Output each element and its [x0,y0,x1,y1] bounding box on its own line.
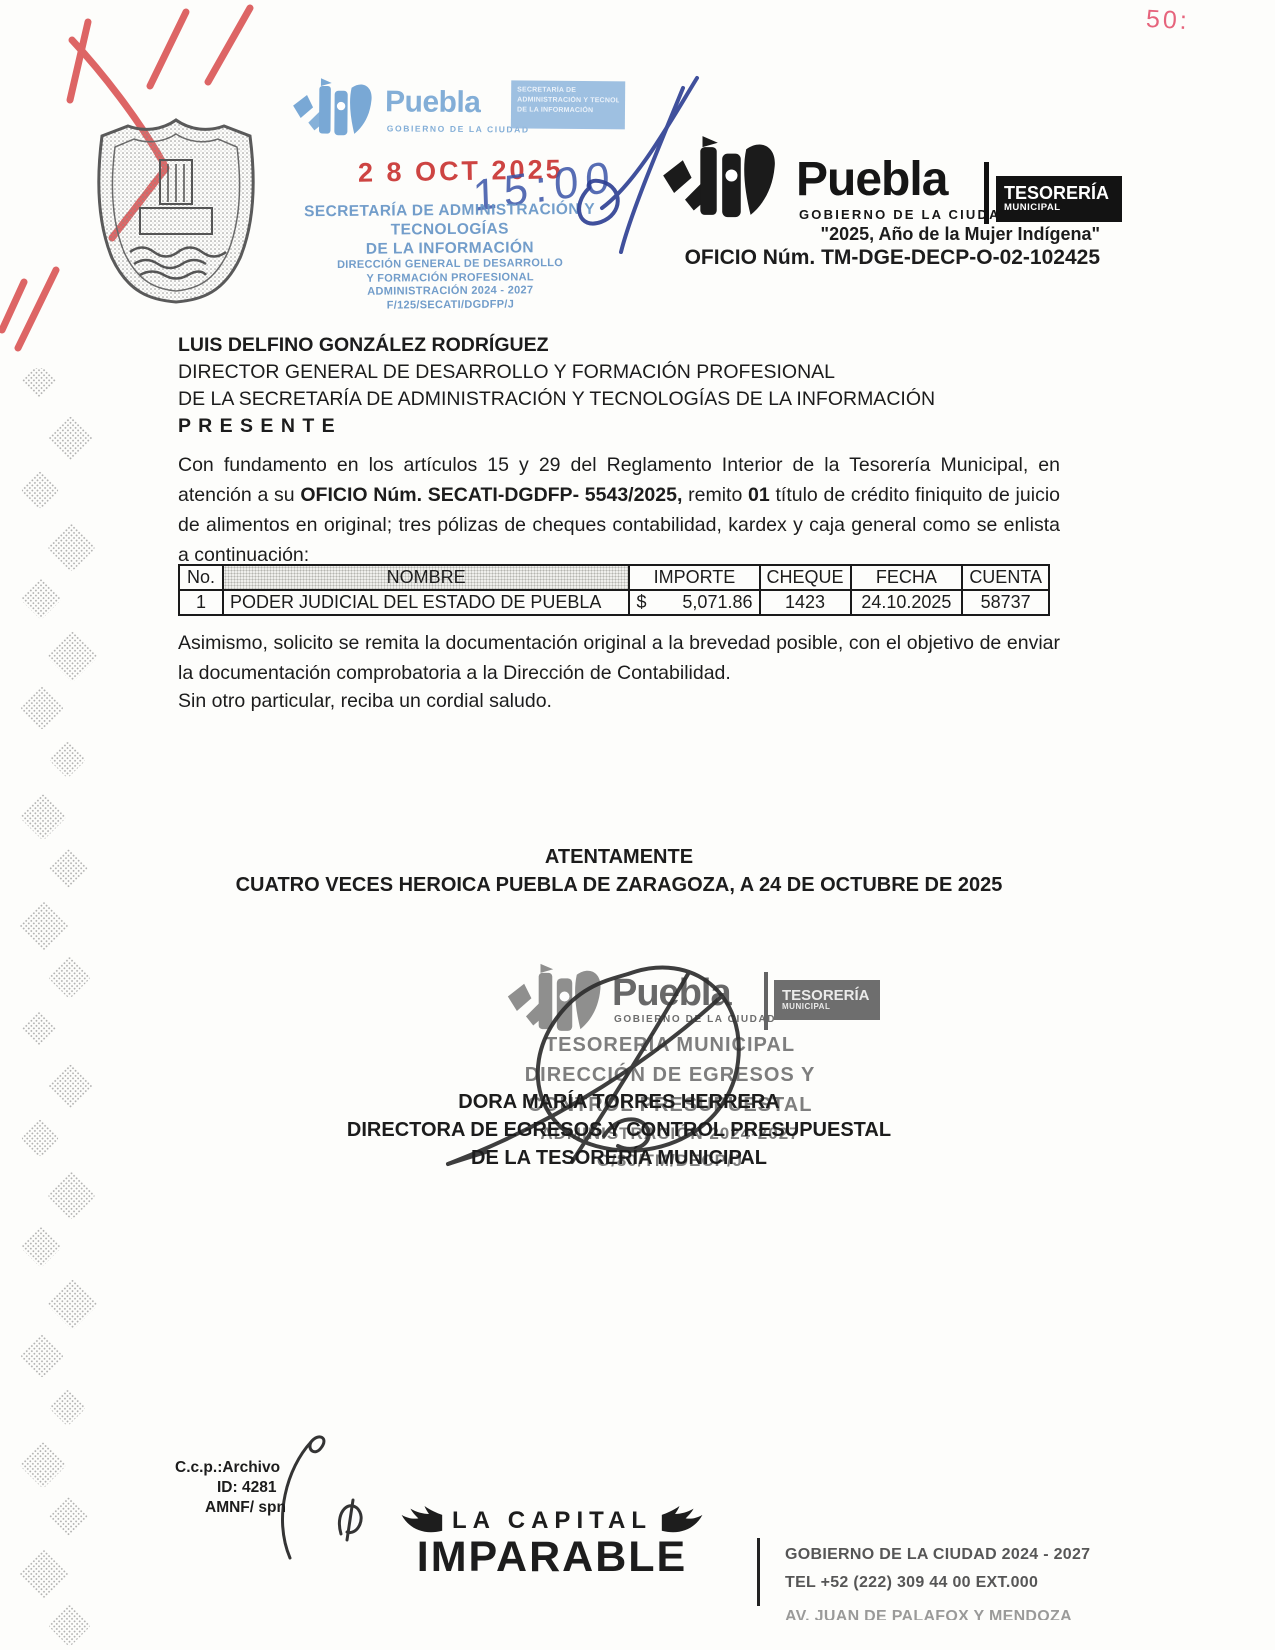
slogan-top: LA CAPITAL [452,1507,652,1535]
footer-line-3: AV. JUAN DE PALAFOX Y MENDOZA [785,1608,1205,1620]
edge-diamond [48,956,92,1000]
cell-fecha: 24.10.2025 [851,590,963,615]
recipient-presente: P R E S E N T E [178,413,935,440]
edge-diamond [47,523,96,572]
cell-importe: $5,071.86 [629,590,759,615]
edge-diamond [19,1441,67,1489]
oficio-ref: OFICIO Núm. SECATI-DGDFP- 5543/2025, [300,484,682,506]
edge-diamond [48,1604,92,1648]
paragraph-1: Con fundamento en los artículos 15 y 29 … [178,450,1060,570]
puebla-logo-icon [650,134,790,228]
city-seal-icon [82,112,270,308]
closing-place-date: CUATRO VECES HEROICA PUEBLA DE ZARAGOZA,… [178,874,1060,897]
footer-line-1: GOBIERNO DE LA CIUDAD 2024 - 2027 [785,1546,1090,1564]
motto-line: "2025, Año de la Mujer Indígena" [821,224,1100,245]
currency-symbol: $ [636,592,646,613]
wing-right-icon [660,1506,706,1536]
brand-wordmark: Puebla [385,87,481,118]
edge-diamond [47,1171,96,1220]
cell-cuenta: 58737 [962,590,1049,615]
left-edge-decoration [18,368,104,1650]
dept-label: TESORERÍA [1004,184,1114,203]
paragraph-2: Asimismo, solicito se remita la document… [178,628,1060,688]
puebla-logo-icon [285,76,382,143]
count-ref: 01 [748,484,770,506]
cell-no: 1 [179,590,223,615]
edge-diamond [46,1278,98,1330]
edge-diamond [19,1333,64,1378]
edge-diamond [19,1549,70,1600]
footer-line-2: TEL +52 (222) 309 44 00 EXT.000 [785,1574,1038,1592]
cell-nombre: PODER JUDICIAL DEL ESTADO DE PUEBLA [223,590,630,615]
signer-title-2: DE LA TESORERÍA MUNICIPAL [178,1144,1060,1172]
edge-diamond [21,368,58,399]
table-header-row: No. NOMBRE IMPORTE CHEQUE FECHA CUENTA [179,565,1049,590]
col-header-fecha: FECHA [851,565,963,590]
recipient-block: LUIS DELFINO GONZÁLEZ RODRÍGUEZ DIRECTOR… [178,332,935,440]
edge-diamond [20,1118,60,1158]
table-row: 1 PODER JUDICIAL DEL ESTADO DE PUEBLA $5… [179,590,1049,615]
paragraph-1-text: remito [682,484,748,506]
dept-sublabel: MUNICIPAL [1004,203,1114,213]
edge-diamond [19,793,67,841]
capital-logo: LA CAPITAL IMPARABLE [392,1506,712,1579]
edge-diamond [19,685,64,730]
signer-title-1: DIRECTORA DE EGRESOS Y CONTROL PRESUPUES… [178,1116,1060,1144]
wing-left-icon [398,1506,444,1536]
brand-wordmark: Puebla [796,156,947,204]
edge-diamond [48,1388,86,1426]
recipient-name: LUIS DELFINO GONZÁLEZ RODRÍGUEZ [178,332,935,359]
edge-diamond [19,901,70,952]
edge-diamond [46,630,98,682]
cell-cheque: 1423 [760,590,851,615]
recipient-title-1: DIRECTOR GENERAL DE DESARROLLO Y FORMACI… [178,359,935,386]
edge-diamond [48,848,89,889]
closing-atentamente: ATENTAMENTE [178,846,1060,869]
corner-annotation: 50: [1145,5,1190,36]
edge-diamond [20,1226,62,1268]
recipient-title-2: DE LA SECRETARÍA DE ADMINISTRACIÓN Y TEC… [178,386,935,413]
col-header-nombre: NOMBRE [223,565,630,590]
ccp-pen-scribble [235,1430,365,1560]
slogan-bottom: IMPARABLE [392,1536,712,1579]
document-page: 50: [0,0,1275,1650]
stamp-line: F/125/SECATI/DGDFP/J [268,297,632,314]
edge-diamond [20,578,62,620]
signer-name: DORA MARÍA TORRES HERRERA [178,1088,1060,1116]
edge-diamond [47,1063,94,1110]
brand-divider [984,162,989,224]
edge-diamond [21,1011,58,1048]
edge-diamond [20,470,60,510]
treasury-dept-box: TESORERÍA MUNICIPAL [996,176,1122,222]
footer-divider [757,1538,760,1606]
edge-diamond [47,415,94,462]
header-brand: Puebla GOBIERNO DE LA CIUDAD TESORERÍA M… [648,120,1128,230]
brand-subtitle: GOBIERNO DE LA CIUDAD [799,208,1012,221]
col-header-cuenta: CUENTA [962,565,1049,590]
col-header-importe: IMPORTE [629,565,759,590]
brand-subtitle: GOBIERNO DE LA CIUDAD [387,123,530,134]
oficio-number: OFICIO Núm. TM-DGE-DECP-O-02-102425 [685,246,1100,270]
remittance-table: No. NOMBRE IMPORTE CHEQUE FECHA CUENTA 1… [178,564,1050,616]
amount-value: 5,071.86 [682,592,752,613]
capital-logo-top: LA CAPITAL [392,1506,712,1536]
col-header-cheque: CHEQUE [760,565,851,590]
paragraph-3: Sin otro particular, reciba un cordial s… [178,686,1060,716]
edge-diamond [48,740,86,778]
col-header-no: No. [179,565,223,590]
edge-diamond [48,1496,89,1537]
